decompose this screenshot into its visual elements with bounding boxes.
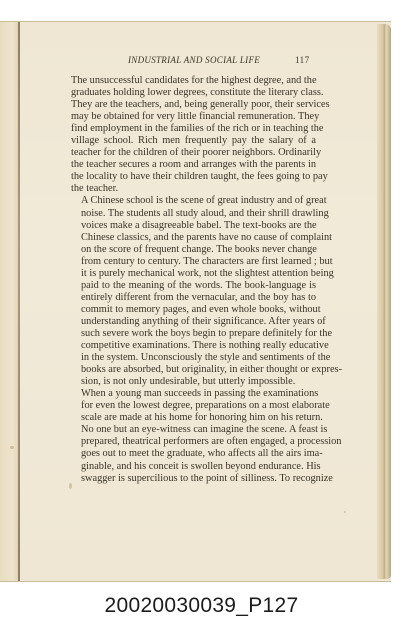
text-line: prepared, theatrical performers are ofte… [71,436,316,448]
facing-page-edge [0,22,18,581]
running-head-title: INDUSTRIAL AND SOCIAL LIFE [128,55,260,65]
text-line: for even the lowest degree, preparations… [71,400,316,412]
text-line: scale are made at his home for honoring … [71,412,316,424]
book-page: INDUSTRIAL AND SOCIAL LIFE 117 The unsuc… [0,21,391,582]
running-head: INDUSTRIAL AND SOCIAL LIFE 117 [128,55,390,69]
text-line: understanding anything of their signific… [71,316,316,328]
text-line: paid to the meaning of the words. The bo… [71,280,316,292]
text-line: A Chinese school is the scene of great i… [71,195,316,207]
paragraph: The unsuccessful candidates for the high… [71,75,316,195]
text-line: They are the teachers, and, being genera… [71,99,316,111]
text-line: on the score of frequent change. The boo… [71,244,316,256]
paragraph: When a young man succeeds in passing the… [71,388,316,484]
text-line: teacher for the children of their poorer… [71,147,316,159]
text-line: goes out to meet the graduate, who affec… [71,448,316,460]
text-line: ginable, and his conceit is swollen beyo… [71,461,316,473]
image-caption: 20020030039_P127 [0,594,403,618]
text-line: from century to century. The characters … [71,256,316,268]
text-line: village school. Rich men frequently pay … [71,135,316,147]
text-line: graduates holding lower degrees, constit… [71,87,316,99]
body-text: The unsuccessful candidates for the high… [71,75,316,485]
foxing-spot [69,483,72,489]
text-line: it is purely mechanical work, not the sl… [71,268,316,280]
text-line: No one but an eye-witness can imagine th… [71,424,316,436]
text-line: find employment in the families of the r… [71,123,316,135]
text-line: Chinese classics, and the parents have n… [71,232,316,244]
page-fore-edge [377,24,391,579]
text-line: entirely different from the vernacular, … [71,292,316,304]
foxing-spot [344,511,346,513]
paragraph: A Chinese school is the scene of great i… [71,195,316,388]
text-line: competitive examinations. There is nothi… [71,340,316,352]
text-line: When a young man succeeds in passing the… [71,388,316,400]
text-line: may be obtained for very little financia… [71,111,316,123]
page-number: 117 [295,55,310,65]
text-line: the teacher. [71,183,316,195]
text-line: sion, is not only undesirable, but utter… [71,376,316,388]
text-line: voices make a disagreeable babel. The te… [71,220,316,232]
text-line: commit to memory pages, and even whole b… [71,304,316,316]
text-line: The unsuccessful candidates for the high… [71,75,316,87]
text-line: such severe work the boys begin to prepa… [71,328,316,340]
foxing-spot [10,446,14,449]
text-line: in the system. Unconsciously the style a… [71,352,316,364]
text-line: the locality to have their children taug… [71,171,316,183]
text-line: books are absorbed, but originality, in … [71,364,316,376]
book-spine-gutter [18,22,20,581]
text-line: the teacher secures a room and arranges … [71,159,316,171]
text-line: swagger is supercilious to the point of … [71,473,316,485]
text-line: noise. The students all study aloud, and… [71,208,316,220]
